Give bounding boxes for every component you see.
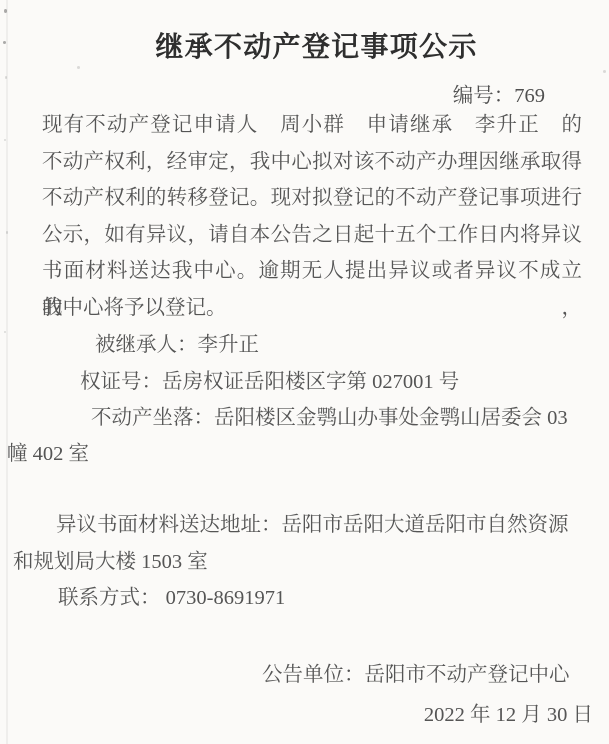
objection-address-line-1: 异议书面材料送达地址：岳阳市岳阳大道岳阳市自然资源: [56, 511, 569, 539]
body-line: 公示，如有异议，请自本公告之日起十五个工作日内将异议: [42, 217, 582, 254]
page-title: 继承不动产登记事项公示: [0, 29, 609, 65]
property-location-line-2: 幢 402 室: [7, 440, 89, 468]
certificate-number-line: 权证号：岳房权证岳阳楼区字第 027001 号: [80, 368, 459, 396]
notice-document: 继承不动产登记事项公示 编号：769 现有不动产登记申请人 周小群 申请继承 李…: [0, 0, 609, 744]
body-line: 现有不动产登记申请人 周小群 申请继承 李升正 的: [42, 107, 582, 144]
scan-edge-streak: [6, 0, 8, 744]
contact-line: 联系方式： 0730-8691971: [58, 584, 285, 612]
property-location-line-1: 不动产坐落：岳阳楼区金鹗山办事处金鹗山居委会 03: [91, 404, 568, 432]
scan-speck: [603, 70, 606, 73]
scan-speck: [4, 331, 6, 333]
scan-speck: [4, 9, 7, 13]
body-line: 我中心将予以登记。: [42, 290, 582, 327]
scan-speck: [6, 231, 8, 234]
scan-speck: [4, 139, 6, 141]
scan-speck: [77, 66, 80, 69]
scan-speck: [5, 76, 7, 79]
date-line: 2022 年 12 月 30 日: [424, 701, 593, 729]
doc-number: 编号：769: [453, 82, 545, 110]
objection-address-line-2: 和规划局大楼 1503 室: [13, 548, 208, 576]
decedent-line: 被继承人：李升正: [95, 331, 259, 359]
body-line: 不动产权利的转移登记。现对拟登记的不动产登记事项进行: [42, 180, 582, 217]
body-line: 不动产权利，经审定，我中心拟对该不动产办理因继承取得: [42, 144, 582, 181]
issuer-line: 公告单位：岳阳市不动产登记中心: [262, 661, 570, 689]
